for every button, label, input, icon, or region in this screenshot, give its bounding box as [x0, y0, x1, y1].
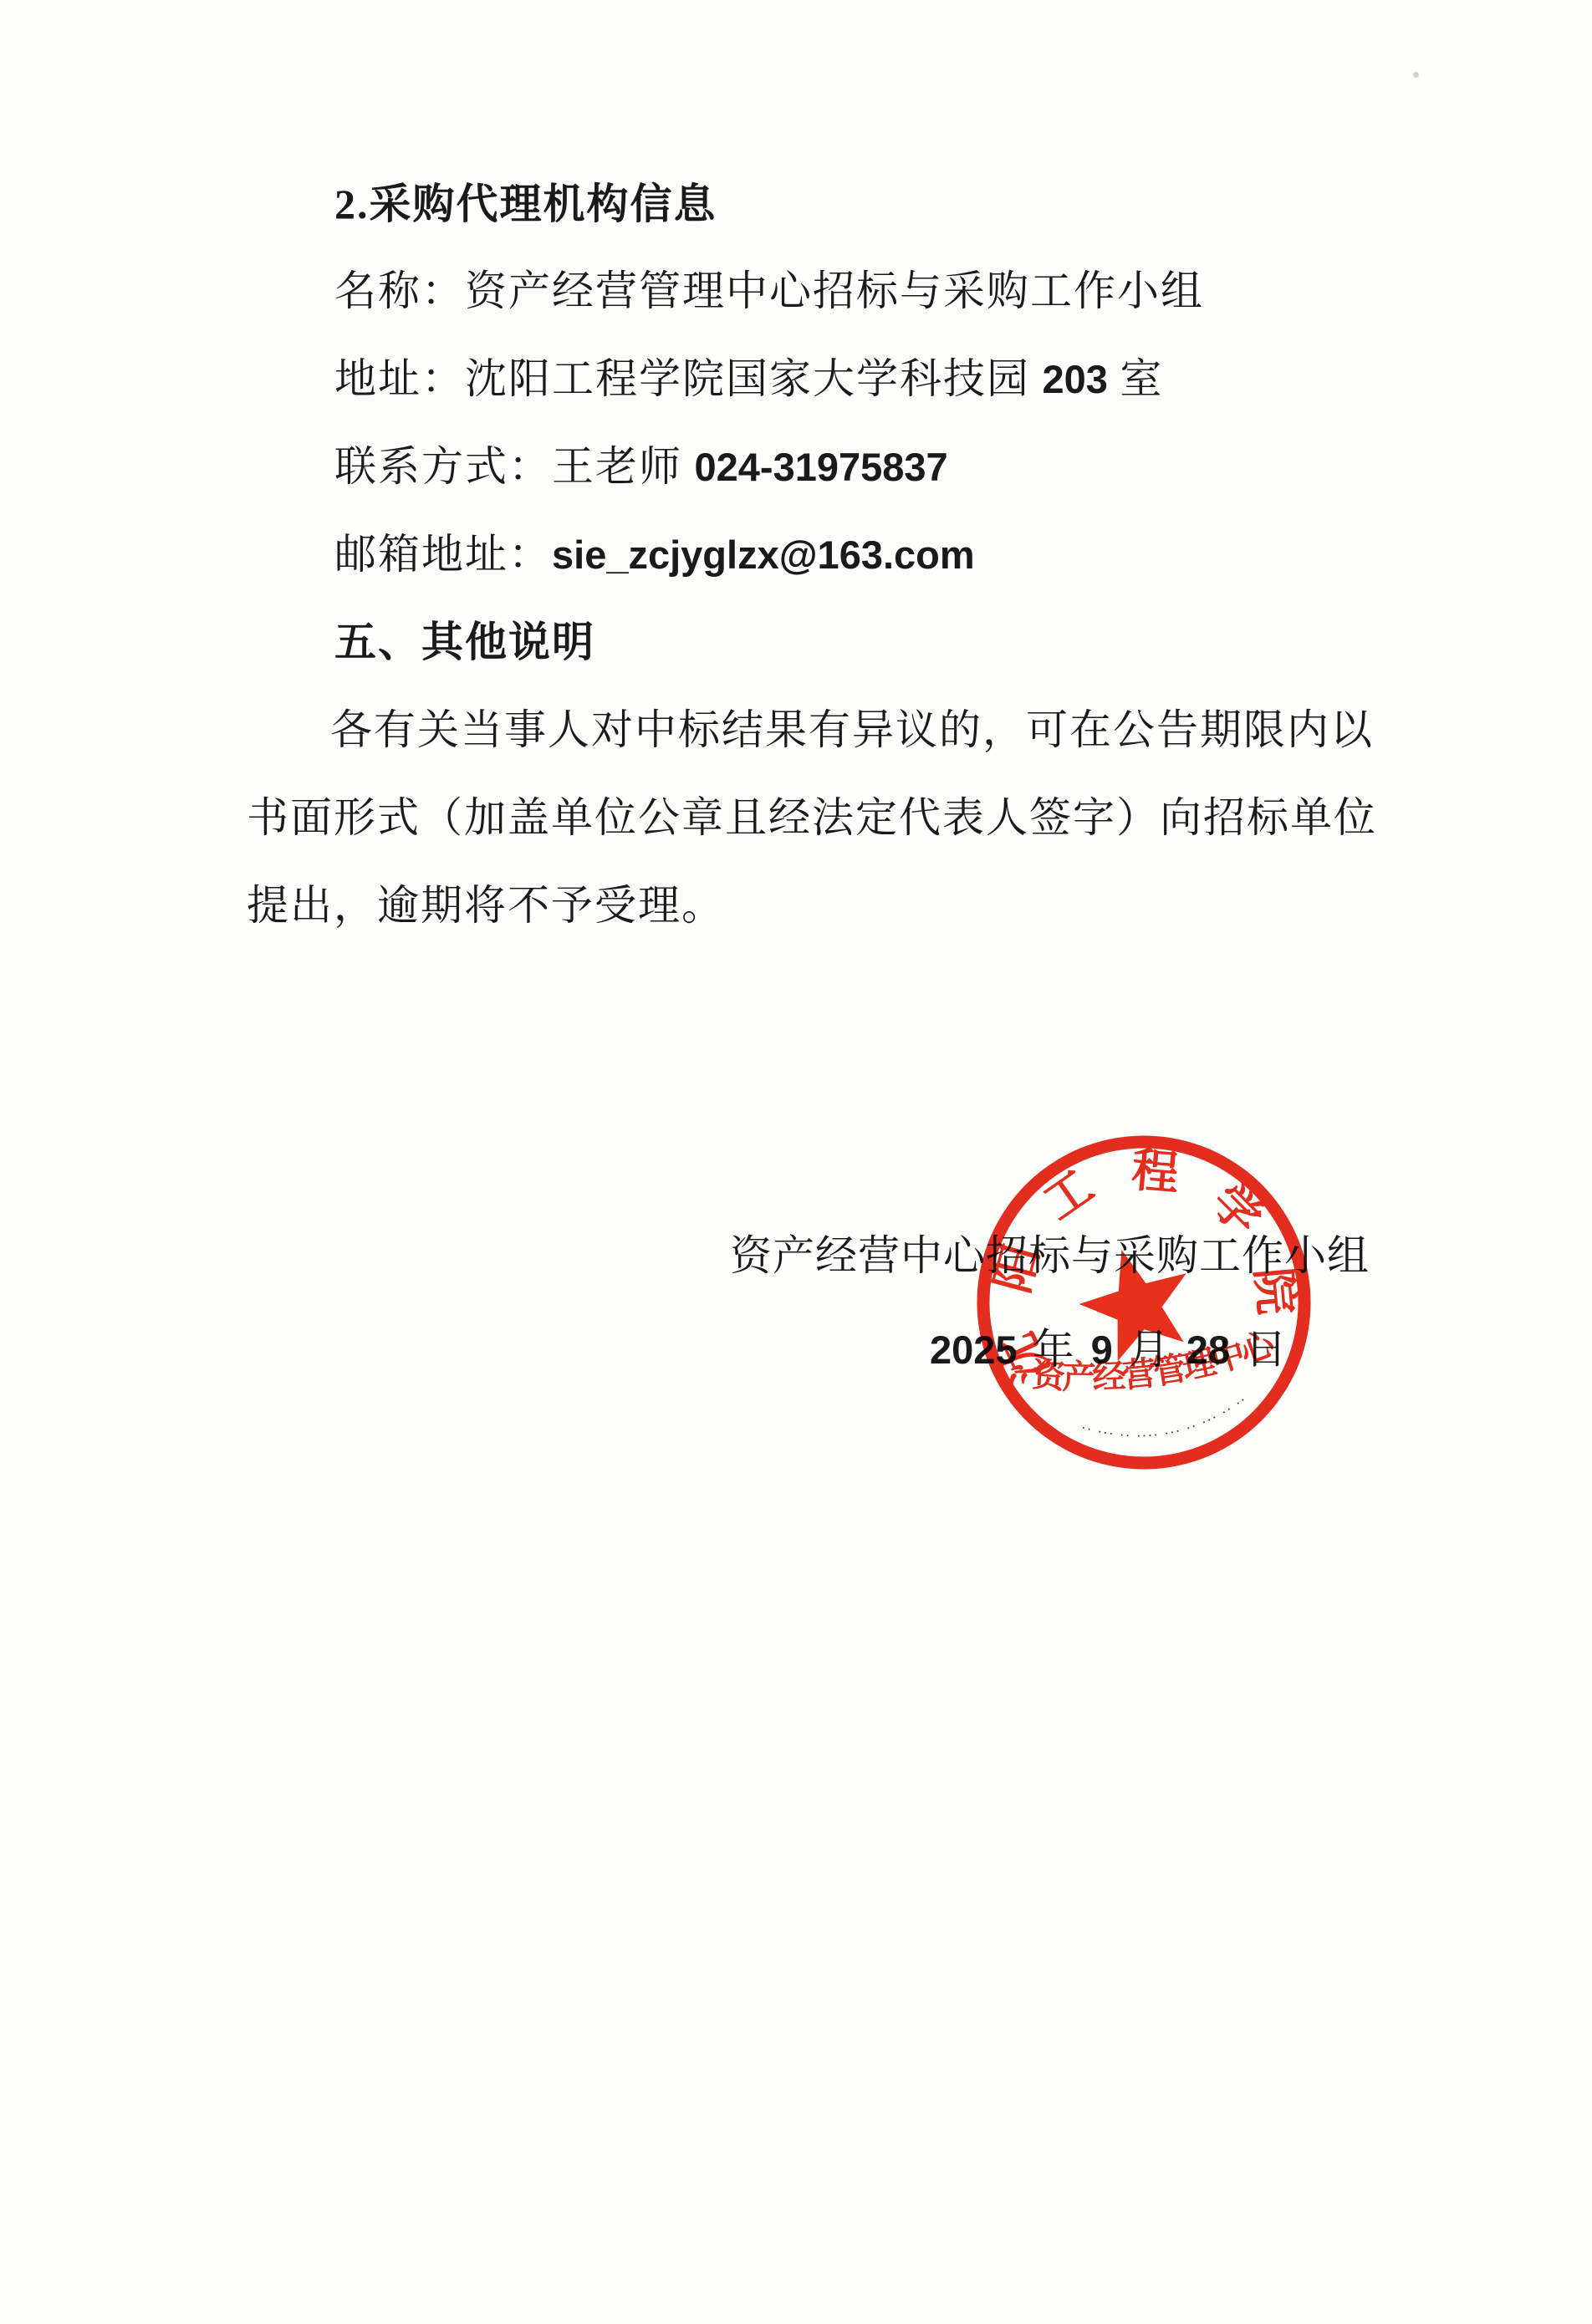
address-cjk-text: 地址：沈阳工程学院国家大学科技园	[334, 355, 1043, 402]
email-line: 邮箱地址：sie_zcjyglzx@163.com	[334, 531, 975, 579]
stamp-arc-char: 程	[1130, 1144, 1181, 1200]
contact-phone-number: 024-31975837	[695, 445, 948, 489]
agency-name-line: 名称：资产经营管理中心招标与采购工作小组	[334, 268, 1204, 316]
address-suffix-text: 室	[1108, 355, 1164, 402]
paragraph-line: 各有关当事人对中标结果有异议的，可在公告期限内以	[330, 706, 1374, 755]
official-stamp: 沈 阳 工 程 学 院 资产经营管理中心 ·· ··· ·· ···· ··· …	[911, 1070, 1376, 1535]
email-label: 邮箱地址：	[334, 531, 552, 578]
contact-line: 联系方式：王老师 024-31975837	[334, 443, 948, 492]
address-room-number: 203	[1043, 357, 1108, 401]
agency-address-line: 地址：沈阳工程学院国家大学科技园 203 室	[334, 355, 1163, 404]
stamp-star	[1068, 1235, 1204, 1367]
stamp-arc-char: 阳	[987, 1240, 1049, 1298]
email-address: sie_zcjyglzx@163.com	[552, 533, 975, 577]
other-notes-heading: 五、其他说明	[334, 619, 595, 667]
contact-cjk-text: 联系方式：王老师	[334, 443, 695, 490]
scanned-document-page: 2.采购代理机构信息 名称：资产经营管理中心招标与采购工作小组 地址：沈阳工程学…	[0, 0, 1592, 2324]
paragraph-line: 提出，逾期将不予受理。	[247, 882, 725, 930]
section-heading: 2.采购代理机构信息	[334, 181, 717, 229]
stamp-graphic: 沈 阳 工 程 学 院 资产经营管理中心 ·· ··· ·· ···· ··· …	[911, 1070, 1376, 1535]
agency-name-text: 名称：资产经营管理中心招标与采购工作小组	[334, 268, 1204, 314]
paragraph-line: 书面形式（加盖单位公章且经法定代表人签字）向招标单位	[247, 794, 1377, 843]
scan-artifact-dot	[1413, 72, 1419, 78]
stamp-arc-char: 院	[1246, 1266, 1302, 1317]
